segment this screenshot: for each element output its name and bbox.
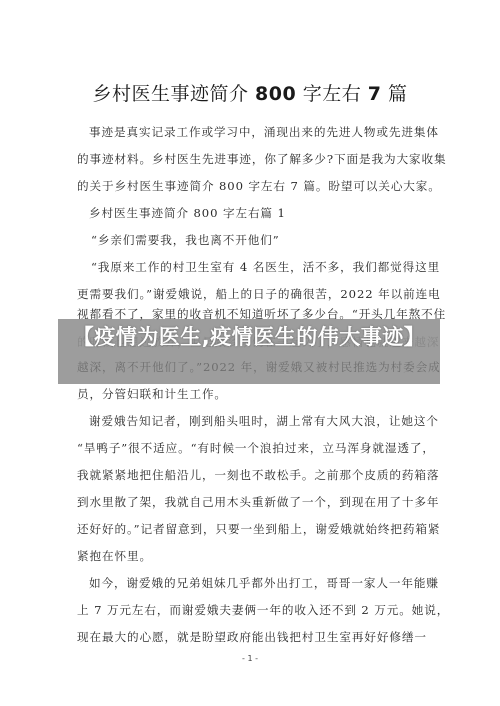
paragraph-line: 的事迹材料。乡村医生先进事迹，你了解多少?下面是我为大家收集 [77,151,425,167]
paragraph-line: 上 7 万元左右，而谢爱娥夫妻俩一年的收入还不到 2 万元。她说， [77,602,425,618]
paragraph-line: 更需要我们。”谢爱娥说，船上的日子的确很苦，2022 年以前连电 [77,286,425,302]
paragraph-line: 员，分管妇联和计生工作。 [77,386,425,402]
document-title: 乡村医生事迹简介 800 字左右 7 篇 [0,79,500,106]
paragraph-line: 事迹是真实记录工作或学习中，涌现出来的先进人物或先进集体 [89,124,437,140]
title-text: 字左右 [296,83,368,105]
paragraph-line: “我原来工作的村卫生室有 4 名医生，活不多，我们都觉得这里 [91,259,439,275]
paragraph-line: 紧抱在怀里。 [77,548,425,564]
title-number: 7 [368,83,382,105]
title-text: 乡村医生事迹简介 [92,83,255,105]
title-text: 篇 [382,83,408,105]
page-number: - 1 - [0,654,500,663]
paragraph-line: “乡亲们需要我，我也离不开他们” [91,232,439,248]
paragraph-line: 到水里散了架，我就自己用木头重新做了一个，到现在用了十多年 [77,494,425,510]
paragraph-line: 的关于乡村医生事迹简介 800 字左右 7 篇。盼望可以关心大家。 [77,178,425,194]
paragraph-line: 谢爱娥告知记者，刚到船头咀时，湖上常有大风大浪，让她这个 [89,413,437,429]
paragraph-line: 现在最大的心愿，就是盼望政府能出钱把村卫生室再好好修缮一 [77,629,425,645]
paragraph-line: 如今，谢爱娥的兄弟姐妹几乎都外出打工，哥哥一家人一年能赚 [89,575,437,591]
section-heading: 乡村医生事迹简介 800 字左右篇 1 [89,205,437,221]
paragraph-line: 我就紧紧地把住船沿儿，一刻也不敢松手。之前那个皮质的药箱落 [77,467,425,483]
title-number: 800 [255,83,296,105]
paragraph-line: “旱鸭子”很不适应。“有时候一个浪拍过来，立马浑身就湿透了， [77,440,425,456]
overlay-headline: 【疫情为医生,疫情医生的伟大事迹】 [58,323,440,352]
paragraph-line: 还好好的。”记者留意到，只要一坐到船上，谢爱娥就始终把药箱紧 [77,521,425,537]
